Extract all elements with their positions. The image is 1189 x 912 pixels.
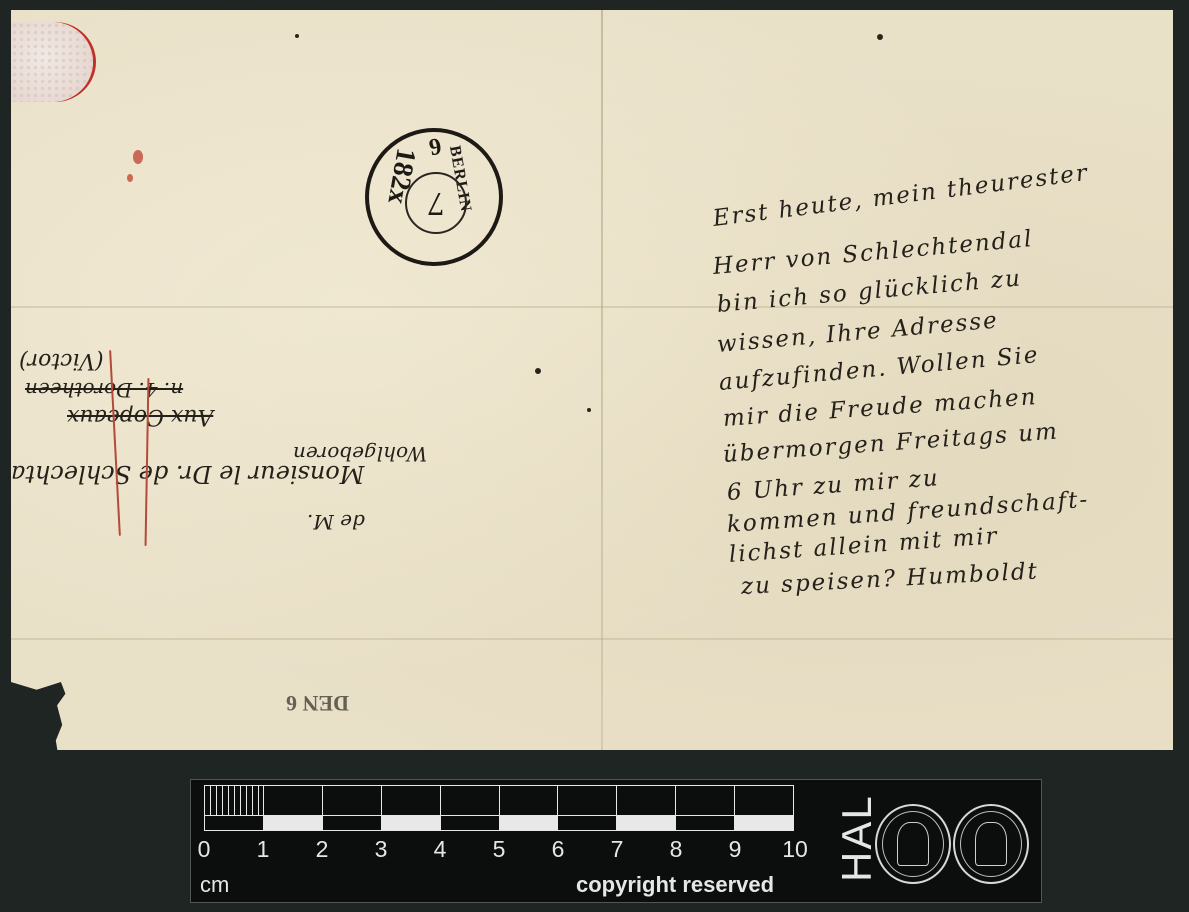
ruler-segment [264, 815, 322, 830]
scale-bar-card: 0 1 2 3 4 5 6 7 8 9 10 cm copyright rese… [190, 779, 1042, 903]
ruler-segment [441, 815, 499, 830]
ruler-cm-7 [617, 786, 676, 830]
red-ink-stain [133, 150, 143, 164]
ruler-label: 3 [375, 836, 388, 863]
letter-line: zu speisen? Humboldt [740, 558, 1039, 600]
ruler-label: 7 [611, 836, 624, 863]
centimeter-ruler [204, 785, 794, 831]
ruler-segment [558, 815, 616, 830]
letter-line: Erst heute, mein theurester [711, 160, 1090, 232]
ruler-segment [500, 815, 558, 830]
ruler-label: 9 [729, 836, 742, 863]
ruler-cm-5 [500, 786, 559, 830]
address-line: de M. [307, 510, 365, 534]
ruler-label: 2 [316, 836, 329, 863]
ruler-label: 4 [434, 836, 447, 863]
ruler-label: 8 [670, 836, 683, 863]
ruler-segment [205, 815, 263, 830]
ruler-cm-1 [264, 786, 323, 830]
institution-logo: HAL [833, 794, 881, 882]
torn-corner [11, 682, 75, 760]
ruler-labels: 0 1 2 3 4 5 6 7 8 9 10 [197, 836, 809, 866]
ruler-segment [382, 815, 440, 830]
ruler-unit: cm [200, 872, 229, 898]
copyright-notice: copyright reserved [576, 872, 774, 898]
ruler-label: 5 [493, 836, 506, 863]
ruler-segment [676, 815, 734, 830]
ink-speck [587, 408, 591, 412]
faint-arrival-stamp: DEN 6 [253, 646, 349, 716]
ruler-label: 6 [552, 836, 565, 863]
seal-figure [897, 822, 929, 866]
millimeter-ticks [205, 786, 263, 816]
horizontal-fold-line [11, 306, 1173, 308]
ruler-cm-9 [735, 786, 793, 830]
ruler-label: 1 [257, 836, 270, 863]
address-line: n. 4. Dorotheen [25, 378, 183, 402]
circular-postmark: 6 182x BERLIN 7 [365, 128, 503, 266]
postmark-day: 6 [427, 131, 444, 160]
address-line: (Victor) [19, 348, 104, 373]
ruler-label: 10 [782, 836, 808, 863]
ruler-cm-3 [382, 786, 441, 830]
address-line: Wohlgeboren [293, 442, 427, 466]
ink-speck [877, 34, 883, 40]
ruler-cm-6 [558, 786, 617, 830]
seal-texture [11, 22, 93, 102]
postmark-month: 7 [405, 172, 467, 234]
ink-speck [535, 368, 541, 374]
horizontal-fold-line [11, 638, 1173, 640]
ruler-segment [735, 815, 793, 830]
university-seal-right-icon [953, 804, 1029, 884]
ruler-cm-4 [441, 786, 500, 830]
letter-sheet: 6 182x BERLIN 7 DEN 6 (Victor) n. 4. Dor… [11, 10, 1173, 750]
address-line: Aux Copeaux [67, 404, 213, 429]
ruler-segment [617, 815, 675, 830]
ruler-cm-2 [323, 786, 382, 830]
ruler-label: 0 [198, 836, 211, 863]
university-seal-left-icon [875, 804, 951, 884]
red-ink-stain [127, 174, 133, 182]
ruler-segment [323, 815, 381, 830]
ruler-cm-8 [676, 786, 735, 830]
ink-speck [295, 34, 299, 38]
wax-seal-remnant [11, 22, 93, 102]
ruler-cm-0 [205, 786, 264, 830]
seal-figure [975, 822, 1007, 866]
